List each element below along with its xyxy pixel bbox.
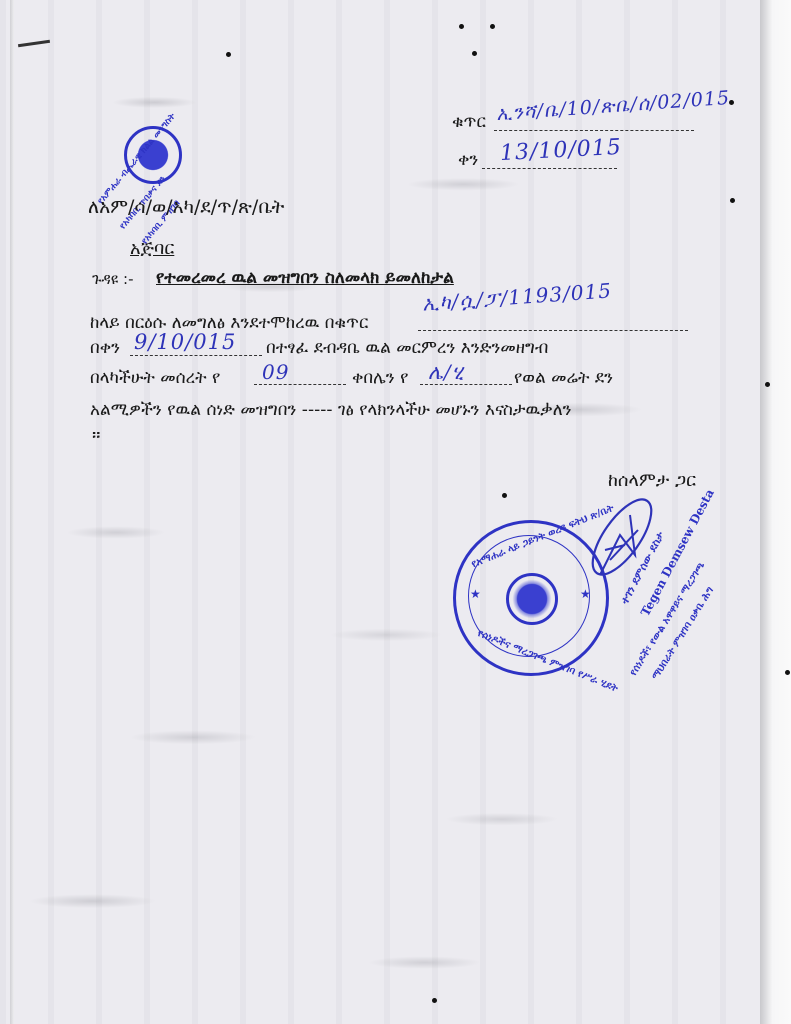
ref-label: ቁጥር [452,112,486,132]
ref-line [494,130,694,131]
subject-label: ጉዳዩ :- [92,270,134,288]
scan-dot [472,51,477,56]
page-right-edge [760,0,791,1024]
body-line-2-suffix: በተፃፈ ደብዳቤ ዉል መርምረን እንድንመዘግብ [266,338,548,358]
addressee-office: ለአም/ሳ/ወ/አካ/ደ/ጥ/ጽ/ቤት [88,196,284,218]
body-line-3-mid: ቀበሌን የ [352,368,408,388]
scan-dot [785,670,790,675]
page-left-edge [10,0,14,1024]
scan-dot [730,198,735,203]
addressee-town: አጅባር [130,238,174,259]
seal-star-left: ★ [470,587,481,601]
scan-dot [432,998,437,1003]
date-label: ቀን [458,150,478,170]
body-count-value: 09 [262,360,289,384]
closing-regards: ከሰላምታ ጋር [608,470,696,491]
body-line-5: ። [92,425,100,446]
body-line-4: አልሚዎችን የዉል ሰነድ መዝግበን ----- ገፅ የላክንላችሁ መሆ… [90,400,572,420]
body-count-line [254,384,346,385]
seal-emblem [506,573,558,625]
subject-text: የተመረመረ ዉል መዝግበን ስለመላክ ይመለከታል [156,268,454,288]
scan-dot [765,382,770,387]
scan-dot [502,493,507,498]
date-line [482,168,617,169]
scan-dot [226,52,231,57]
body-ref-line [418,330,688,331]
body-line-2-prefix: በቀን [90,338,120,358]
body-line-3-prefix: በላካችሁት መሰረት የ [90,368,220,388]
body-date-line [130,355,262,356]
body-date-value: 9/10/015 [134,330,236,354]
body-kebele-value: ሌ/ሂ [428,360,464,384]
scan-dot [459,24,464,29]
body-kebele-line [420,384,512,385]
scan-dot [490,24,495,29]
body-line-3-suffix: የወል መሬት ደን [514,368,613,388]
